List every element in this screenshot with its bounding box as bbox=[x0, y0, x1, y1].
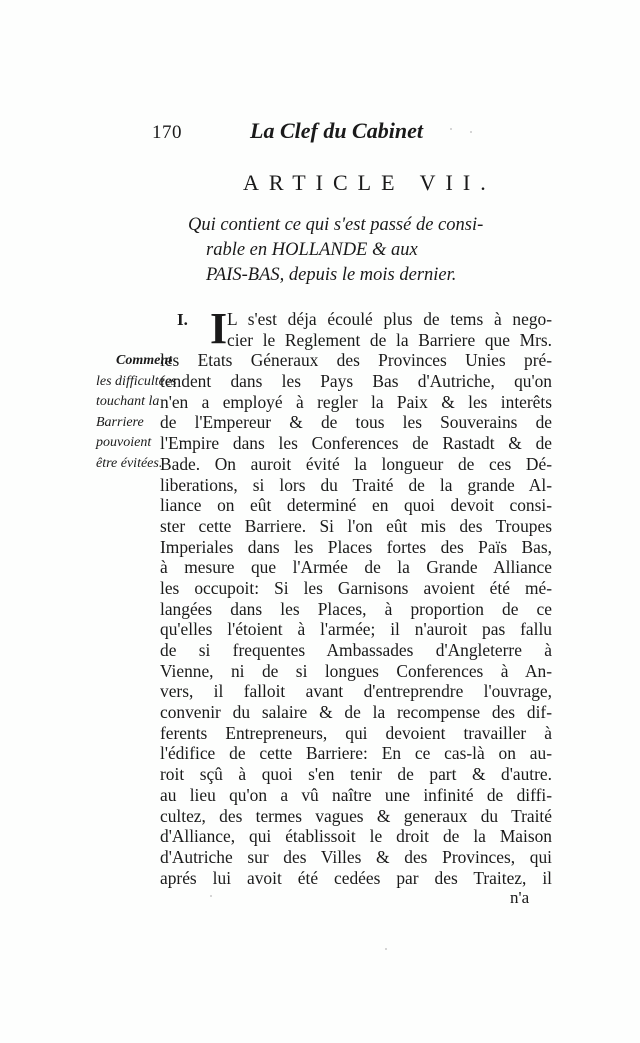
summary-line: Qui contient ce qui s'est passé de consi… bbox=[188, 213, 548, 238]
page-number: 170 bbox=[152, 122, 182, 144]
text-line: au lieu qu'on a vû naître une infinité d… bbox=[160, 785, 552, 806]
summary-line: rable en HOLLANDE & aux bbox=[188, 238, 548, 263]
text-line: n'en a employé à regler la Paix & les in… bbox=[160, 392, 552, 413]
text-line: ster cette Barriere. Si l'on eût mis des… bbox=[160, 516, 552, 537]
text-line: qu'elles l'étoient à l'armée; il n'auroi… bbox=[160, 619, 552, 640]
print-speck bbox=[385, 948, 387, 950]
print-speck bbox=[470, 131, 472, 133]
article-summary: Qui contient ce qui s'est passé de consi… bbox=[188, 213, 548, 288]
text-line: cultez, des termes vagues & generaux du … bbox=[160, 806, 552, 827]
running-head: 170 La Clef du Cabinet bbox=[152, 118, 552, 148]
text-line: de si frequentes Ambassades d'Angleterre… bbox=[160, 640, 552, 661]
print-speck bbox=[210, 895, 212, 897]
text-line: aprés lui avoit été cedées par des Trait… bbox=[160, 868, 552, 889]
text-line: langées dans les Places, à proportion de… bbox=[160, 599, 552, 620]
text-line: Vienne, ni de si longues Conferences à A… bbox=[160, 661, 552, 682]
text-line: les Etats Géneraux des Provinces Unies p… bbox=[160, 350, 552, 371]
text-line: ferents Entrepreneurs, qui devoient trav… bbox=[160, 723, 552, 744]
text-line: de l'Empereur & de tous les Souverains d… bbox=[160, 412, 552, 433]
text-line: tendent dans les Pays Bas d'Autriche, qu… bbox=[160, 371, 552, 392]
catchword: n'a bbox=[510, 888, 529, 908]
text-line: à mesure que l'Armée de la Grande Allian… bbox=[160, 557, 552, 578]
text-line: l'édifice de cette Barriere: En ce cas-l… bbox=[160, 743, 552, 764]
article-heading: ARTICLE VII. bbox=[243, 170, 496, 196]
section-number: I. bbox=[177, 310, 188, 331]
print-speck bbox=[450, 128, 452, 130]
running-title: La Clef du Cabinet bbox=[250, 118, 423, 144]
text-line: liance on eût determiné en quoi devoit c… bbox=[160, 495, 552, 516]
text-line: Imperiales dans les Places fortes des Pa… bbox=[160, 537, 552, 558]
body-text: I. I L s'est déja écoulé plus de tems à … bbox=[160, 309, 552, 888]
text-line: vers, il falloit avant d'entreprendre l'… bbox=[160, 681, 552, 702]
text-line: liberations, si lors du Traité de la gra… bbox=[160, 475, 552, 496]
text-line: roit sçû à quoi s'en tenir de part & d'a… bbox=[160, 764, 552, 785]
text-line: d'Alliance, qui établissoit le droit de … bbox=[160, 826, 552, 847]
drop-cap: I bbox=[210, 307, 227, 351]
text-line: Bade. On auroit évité la longueur de ces… bbox=[160, 454, 552, 475]
book-page: 170 La Clef du Cabinet ARTICLE VII. Qui … bbox=[0, 0, 640, 1043]
text-line: les occupoit: Si les Garnisons avoient é… bbox=[160, 578, 552, 599]
text-line: l'Empire dans les Conferences de Rastadt… bbox=[160, 433, 552, 454]
summary-line: PAIS-BAS, depuis le mois dernier. bbox=[188, 263, 548, 288]
text-line: d'Autriche sur des Villes & des Province… bbox=[160, 847, 552, 868]
text-line: convenir du salaire & de la recompense d… bbox=[160, 702, 552, 723]
